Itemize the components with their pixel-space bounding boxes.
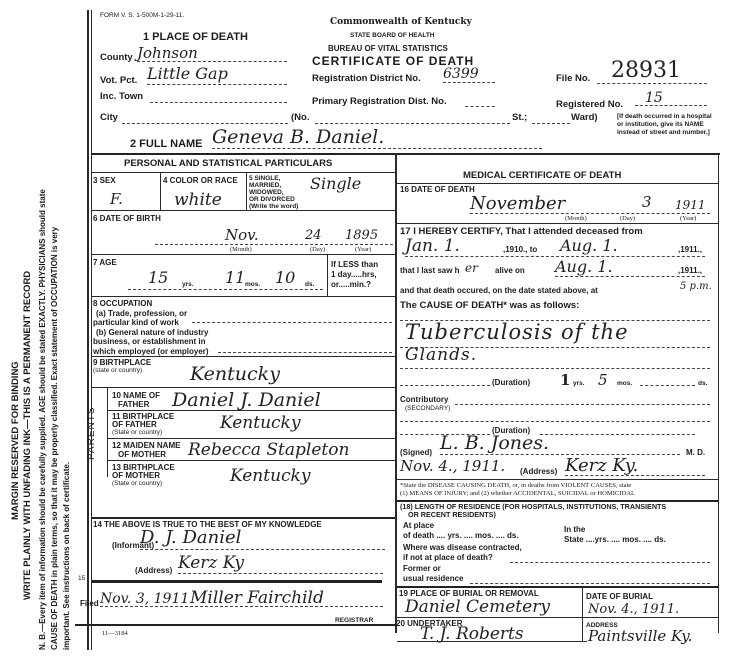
commonwealth-title: Commonwealth of Kentucky [330,17,472,27]
attended-to-year: ,1911., [678,245,702,254]
full-name-value: Geneva B. Daniel. [212,126,542,149]
cause-of-death-label: The CAUSE OF DEATH* was as follows: [400,300,579,311]
occupation-line: which employed (or employer) [93,347,209,357]
inc-town-field [150,94,287,103]
former-line: usual residence [403,574,463,584]
age-years: 15 [148,268,168,287]
duration-leader [400,383,490,386]
street-field [315,115,510,124]
residence-label: (18) LENGTH OF RESIDENCE (FOR HOSPITALS,… [400,503,666,519]
divider [160,172,161,210]
county-label: County [100,52,133,63]
divider [582,586,583,641]
registrar-label: REGISTRAR [335,617,373,624]
days-unit: ds. [305,281,314,288]
ward-field [532,115,570,124]
physician-signature: L. B. Jones. [440,432,680,455]
divider [397,586,718,588]
margin-instructions-2: CAUSE OF DEATH in plain terms, so that i… [50,227,59,650]
divider [92,210,395,211]
contracted-line: if not at place of death? [403,553,522,563]
birthplace-line: (state or country) [93,367,151,375]
margin-instructions-1: N. B.—Every item of information should b… [38,189,47,650]
footnote-line: (1) MEANS OF INJURY; and (2) whether ACC… [400,490,635,498]
dob-month: Nov. [225,226,259,244]
divider [107,460,395,461]
father-name-label: 10 NAME OF FATHER [112,391,160,409]
burial-date-label: DATE OF BURIAL [586,592,653,601]
divider [246,172,247,210]
dob-year: 1895 [345,228,378,243]
disease-contracted-label: Where was disease contracted, if not at … [403,543,522,563]
former-line: Former or [403,564,463,574]
signed-label: (Signed) [400,448,432,457]
duration-days-field [640,383,695,386]
alive-on-label: alive on [495,266,525,275]
occupation-line: (a) Trade, profession, or [93,309,209,319]
burial-place-value: Daniel Cemetery [405,597,550,617]
marital-status-value: Single [310,174,361,193]
divider [397,223,718,224]
attended-from-date: Jan. 1. [405,236,460,256]
years-unit: yrs. [182,281,194,288]
ward-label: Ward) [571,112,598,123]
attended-to-date: Aug. 1. [560,236,618,255]
birthplace-line: 9 BIRTHPLACE [93,359,151,367]
date-of-birth-label: 6 DATE OF BIRTH [93,214,161,223]
contributory-label: Contributory [400,395,448,404]
main-top-border [92,153,720,155]
informant-address-value: Kerz Ky [178,553,383,574]
divider [92,387,395,388]
city-field [122,115,288,124]
father-label-line: FATHER [112,400,160,409]
disease-contracted-field [510,560,710,563]
physician-address-value: Kerz Ky. [565,455,705,476]
death-occurred-label: and that death occured, on the date stat… [400,286,598,295]
less-line: or.....min.? [331,280,378,290]
sex-label: 3 SEX [93,176,116,185]
death-time: 5 p.m. [680,281,712,292]
duration-years: 1 [560,371,570,389]
board-of-health: STATE BOARD OF HEALTH [350,32,435,39]
age-label: 7 AGE [93,258,117,267]
mother-name-value: Rebecca Stapleton [188,440,349,460]
parents-label: PARENTS [86,407,97,461]
mother-name-label: 12 MAIDEN NAME OF MOTHER [112,441,180,459]
residence-line: OR RECENT RESIDENTS) [400,511,666,519]
left-border [87,10,89,650]
footnote-line: *State the DISEASE CAUSING DEATH, or, in… [400,482,635,490]
residence-in-state: In the State ....yrs. .... mos. .... ds. [564,525,666,545]
item-15-number: 15 [78,575,85,582]
divider [397,641,587,642]
center-divider [395,153,397,633]
duration-label: (Duration) [492,378,530,387]
duration-months: 5 [598,371,608,389]
divider [92,172,395,173]
registration-district-value: 6399 [443,66,495,83]
sex-value: F. [110,190,123,208]
registered-no-label: Registered No. [556,99,623,110]
dob-day: 24 [305,228,322,243]
father-name-value: Daniel J. Daniel [172,389,321,411]
hospital-note: [If death occurred in a hospital or inst… [617,113,717,137]
vot-pct-label: Vot. Pct. [100,75,137,86]
filed-label: Filed [80,599,99,608]
dod-line [470,211,710,214]
marital-status-label: 5 SINGLE, MARRIED, WIDOWED, OR DIVORCED … [249,175,298,210]
place-of-death-heading: 1 PLACE OF DEATH [143,31,248,43]
registered-no-value: 15 [635,90,707,106]
occupation-line: business, or establishment in [93,337,209,347]
less-line: 1 day.....hrs, [331,270,378,280]
dod-year-caption: (Year) [680,215,696,222]
primary-registration-label: Primary Registration Dist. No. [312,96,447,107]
vot-pct-value: Little Gap [147,64,287,85]
medical-heading: MEDICAL CERTIFICATE OF DEATH [463,170,621,181]
undertaker-address-value: Paintsville Ky. [588,627,693,645]
form-number: FORM V. S. 1-500M-1-29-11. [100,12,184,19]
divider [107,410,395,411]
date-of-death-year: 1911 [675,198,706,212]
informant-address-label: (Address) [135,566,172,575]
age-months: 11 [225,268,245,287]
dod-day-caption: (Day) [620,215,635,222]
cause-line [400,366,710,369]
city-label: City [100,112,118,123]
primary-registration-field [465,100,495,107]
father-birthplace-value: Kentucky [220,413,300,433]
bureau-title: BUREAU OF VITAL STATISTICS [328,44,448,53]
inc-town-label: Inc. Town [100,91,143,102]
father-birthplace-label: 11 BIRTHPLACE OF FATHER (State or countr… [112,413,174,437]
right-border [718,153,719,633]
signed-date: Nov. 4., 1911. [400,457,505,475]
duration-months-unit: mos. [617,380,632,387]
occupation-label: 8 OCCUPATION (a) Trade, profession, or p… [93,299,209,356]
divider [397,617,718,618]
divider [107,387,108,477]
margin-binding-note: MARGIN RESERVED FOR BINDING [10,361,21,520]
marital-label-line: 5 SINGLE, [249,175,298,182]
physician-address-label: (Address) [520,467,557,476]
father-bp-line: OF FATHER [112,421,174,429]
mother-birthplace-value: Kentucky [230,466,310,486]
full-name-label: 2 FULL NAME [130,138,203,150]
occupation-b-field [218,348,392,353]
file-no-value: 28931 [597,58,707,84]
contributory-line-2 [400,419,710,422]
residence-line: At place [403,521,519,531]
number-label: (No. [291,112,309,123]
race-label: 4 COLOR OR RACE [163,176,238,185]
divider [92,517,395,519]
margin-instructions-3: important. See instructions on back of c… [62,462,71,650]
occupation-line: (b) General nature of industry [93,328,209,338]
dob-day-caption: (Day) [310,246,325,253]
mother-label-line: 12 MAIDEN NAME [112,441,180,450]
divider [92,254,395,255]
divider [327,254,328,296]
residence-line: State ....yrs. .... mos. .... ds. [564,535,666,545]
age-days: 10 [275,268,295,287]
cause-of-death-line-2: Glands. [405,345,477,365]
date-of-death-day: 3 [642,193,652,211]
father-bp-line: (State or country) [112,429,174,437]
divider [75,624,395,626]
divider [92,296,395,297]
months-unit: mos. [245,281,260,288]
secondary-label: (SECONDARY) [405,405,450,412]
dob-year-caption: (Year) [355,246,371,253]
marital-label-line: (Write the word) [249,203,298,210]
residence-line: of death .... yrs. .... mos. .... ds. [403,531,519,541]
cause-of-death-line-1: Tuberculosis of the [405,320,629,344]
divider [107,438,395,439]
divider [92,580,382,583]
cause-footnote: *State the DISEASE CAUSING DEATH, or, in… [400,482,635,498]
duration-years-unit: yrs. [573,380,585,387]
former-residence-label: Former or usual residence [403,564,463,584]
former-residence-field [470,581,710,584]
last-saw-pronoun: er [465,261,478,275]
father-label-line: 10 NAME OF [112,391,160,400]
birthplace-value: Kentucky [190,363,280,385]
last-saw-line [555,274,705,277]
divider [397,479,718,480]
marital-label-line: WIDOWED, [249,189,298,196]
occupation-a-field [192,318,392,323]
dob-month-caption: (Month) [230,246,252,253]
marital-label-line: MARRIED, [249,182,298,189]
less-line: If LESS than [331,260,378,270]
personal-heading: PERSONAL AND STATISTICAL PARTICULARS [124,158,332,169]
informant-value: D. J. Daniel [140,527,385,550]
last-saw-label: that I last saw h [400,266,460,275]
margin-ink-note: WRITE PLAINLY WITH UNFADING INK—THIS IS … [22,271,33,600]
street-label: St.; [512,112,527,123]
divider [397,183,718,184]
registration-district-label: Registration District No. [312,73,421,84]
dod-month-caption: (Month) [565,215,587,222]
birthplace-label: 9 BIRTHPLACE (state or country) [93,359,151,375]
filed-line [100,604,383,607]
residence-line: In the [564,525,666,535]
contributory-field [455,402,710,405]
county-value: Johnson [137,44,287,62]
file-no-label: File No. [556,73,590,84]
attended-from-year: ,1910., to [503,245,537,254]
date-of-death-label: 16 DATE OF DEATH [400,185,475,194]
mother-bp-line: (State or country) [112,480,175,488]
form-code: 11—3184 [102,630,128,637]
occupation-line: 8 OCCUPATION [93,299,209,309]
duration-days-unit: ds. [698,380,707,387]
marital-label-line: OR DIVORCED [249,196,298,203]
mother-label-line: OF MOTHER [112,450,180,459]
less-than-day: If LESS than 1 day.....hrs, or.....min.? [331,260,378,290]
left-border-inner [91,10,92,650]
race-value: white [174,190,222,210]
divider [92,356,395,357]
mother-bp-line: OF MOTHER [112,472,175,480]
mother-birthplace-label: 13 BIRTHPLACE OF MOTHER (State or countr… [112,464,175,488]
residence-at-place: At place of death .... yrs. .... mos. ..… [403,521,519,541]
burial-date-value: Nov. 4., 1911. [588,602,679,617]
contracted-line: Where was disease contracted, [403,543,522,553]
